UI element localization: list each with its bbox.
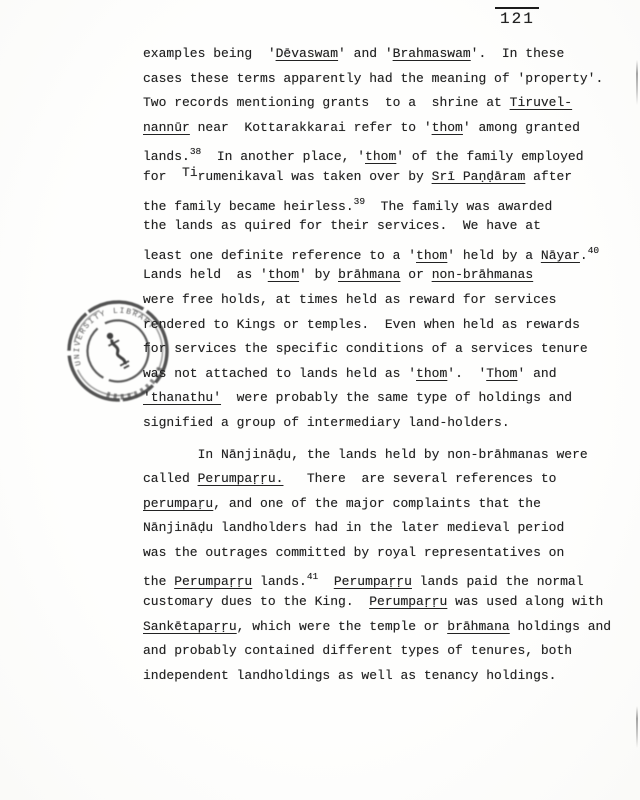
text-segment: Lands held as ' <box>143 267 268 282</box>
text-line: examples being 'Dēvaswam' and 'Brahmaswa… <box>143 42 611 67</box>
text-line: customary dues to the King. Perumpaṛṛu w… <box>143 590 611 615</box>
text-segment: lands paid the normal <box>412 574 584 589</box>
text-segment: holdings and <box>510 619 611 634</box>
text-segment <box>318 574 334 589</box>
text-segment: In another place, ' <box>201 149 365 164</box>
text-line: for services the specific conditions of … <box>143 337 611 362</box>
text-segment: the <box>143 574 174 589</box>
text-line: least one definite reference to a 'thom'… <box>143 239 611 264</box>
text-segment: Two records mentioning grants to a shrin… <box>143 95 510 110</box>
text-line: the family became heirless.39 The family… <box>143 190 611 215</box>
text-segment: ' held by a <box>447 248 541 263</box>
raised-chars: Ti <box>182 161 198 186</box>
underlined-term: Perumpaṛṛu. <box>198 471 284 486</box>
underlined-term: Perumpaṛṛu <box>334 574 412 589</box>
text-segment: near Kottarakkarai refer to ' <box>190 120 432 135</box>
text-segment: ' and ' <box>338 46 393 61</box>
text-line: cases these terms apparently had the mea… <box>143 67 611 92</box>
text-segment: rumenikaval was taken over by <box>198 169 432 184</box>
underlined-term: brāhmana <box>447 619 509 634</box>
text-segment: '. ' <box>447 366 486 381</box>
underlined-term: Thom <box>486 366 517 381</box>
text-segment: for services the specific conditions of … <box>143 341 588 356</box>
text-segment: ' of the family employed <box>396 149 583 164</box>
scanned-document-page: 121 examples being 'Dēvaswam' and 'Brahm… <box>0 0 640 800</box>
text-segment: ' among granted <box>463 120 580 135</box>
text-segment: for <box>143 169 182 184</box>
underlined-term: nannūr <box>143 120 190 135</box>
underlined-term: Perumpaṛṛu <box>174 574 252 589</box>
text-segment: signified a group of intermediary land-h… <box>143 415 510 430</box>
footnote-ref: 39 <box>354 196 365 207</box>
text-segment: ' and <box>518 366 557 381</box>
text-line: lands.38 In another place, 'thom' of the… <box>143 140 611 165</box>
text-segment: least one definite reference to a ' <box>143 248 416 263</box>
underlined-term: Brahmaswam <box>393 46 471 61</box>
underlined-term: thom <box>432 120 463 135</box>
page-number: 121 <box>495 7 539 28</box>
underlined-term: brāhmana <box>338 267 400 282</box>
text-segment: ' by <box>299 267 338 282</box>
stamp-emblem-icon <box>103 330 132 369</box>
text-segment: the family became heirless. <box>143 199 354 214</box>
text-line: the lands as quired for their services. … <box>143 214 611 239</box>
underlined-term: Sankētapaṛṛu <box>143 619 237 634</box>
text-line: Sankētapaṛṛu, which were the temple or b… <box>143 615 611 640</box>
scan-edge-artifact <box>636 60 638 105</box>
text-line: Two records mentioning grants to a shrin… <box>143 91 611 116</box>
text-line: nannūr near Kottarakkarai refer to 'thom… <box>143 116 611 141</box>
text-segment: the lands as quired for their services. … <box>143 218 541 233</box>
text-segment: were probably the same type of holdings … <box>221 390 572 405</box>
text-segment: after <box>525 169 572 184</box>
text-line: was not attached to lands held as 'thom'… <box>143 362 611 387</box>
underlined-term: perumpaṛu <box>143 496 213 511</box>
underlined-term: Perumpaṛṛu <box>369 594 447 609</box>
text-segment: , and one of the major complaints that t… <box>213 496 541 511</box>
text-segment: and probably contained different types o… <box>143 643 572 658</box>
text-line: 'thanathu' were probably the same type o… <box>143 386 611 411</box>
text-segment: independent landholdings as well as tena… <box>143 668 556 683</box>
text-line: Nānjināḍu landholders had in the later m… <box>143 516 611 541</box>
text-segment: examples being ' <box>143 46 276 61</box>
underlined-term: thom <box>268 267 299 282</box>
scan-edge-artifact <box>636 706 638 748</box>
text-line: rendered to Kings or temples. Even when … <box>143 313 611 338</box>
text-segment: In Nānjināḍu, the lands held by non-brāh… <box>143 447 588 462</box>
text-line: independent landholdings as well as tena… <box>143 664 611 689</box>
text-segment: called <box>143 471 198 486</box>
text-line: In Nānjināḍu, the lands held by non-brāh… <box>143 443 611 468</box>
text-line: perumpaṛu, and one of the major complain… <box>143 492 611 517</box>
text-segment: were free holds, at times held as reward… <box>143 292 556 307</box>
text-segment: lands. <box>252 574 307 589</box>
text-segment: was used along with <box>447 594 603 609</box>
text-line: were free holds, at times held as reward… <box>143 288 611 313</box>
text-segment: . <box>580 248 588 263</box>
text-line: signified a group of intermediary land-h… <box>143 411 611 436</box>
text-segment: or <box>400 267 431 282</box>
text-line: the Perumpaṛṛu lands.41 Perumpaṛṛu lands… <box>143 565 611 590</box>
underlined-term: Tiruvel- <box>510 95 572 110</box>
text-segment: '. In these <box>471 46 565 61</box>
text-segment: was the outrages committed by royal repr… <box>143 545 564 560</box>
underlined-term: non-brāhmanas <box>432 267 533 282</box>
underlined-term: Nāyar <box>541 248 580 263</box>
text-segment: rendered to Kings or temples. Even when … <box>143 317 580 332</box>
footnote-ref: 41 <box>307 571 318 582</box>
text-segment: cases these terms apparently had the mea… <box>143 71 603 86</box>
underlined-term: thom <box>365 149 396 164</box>
body-text: examples being 'Dēvaswam' and 'Brahmaswa… <box>143 42 611 688</box>
text-line: for Tirumenikaval was taken over by Srī … <box>143 165 611 190</box>
text-segment: , which were the temple or <box>237 619 448 634</box>
text-segment: There are several references to <box>283 471 556 486</box>
text-line: was the outrages committed by royal repr… <box>143 541 611 566</box>
text-line: and probably contained different types o… <box>143 639 611 664</box>
text-segment: customary dues to the King. <box>143 594 369 609</box>
text-line: Lands held as 'thom' by brāhmana or non-… <box>143 263 611 288</box>
underlined-term: thom <box>416 248 447 263</box>
text-segment: The family was awarded <box>365 199 552 214</box>
underlined-term: thom <box>416 366 447 381</box>
text-segment: Nānjināḍu landholders had in the later m… <box>143 520 564 535</box>
underlined-term: Dēvaswam <box>276 46 338 61</box>
footnote-ref: 38 <box>190 146 201 157</box>
underlined-term: Srī Paṇḍāram <box>432 169 526 184</box>
footnote-ref: 40 <box>588 245 599 256</box>
text-line: called Perumpaṛṛu. There are several ref… <box>143 467 611 492</box>
